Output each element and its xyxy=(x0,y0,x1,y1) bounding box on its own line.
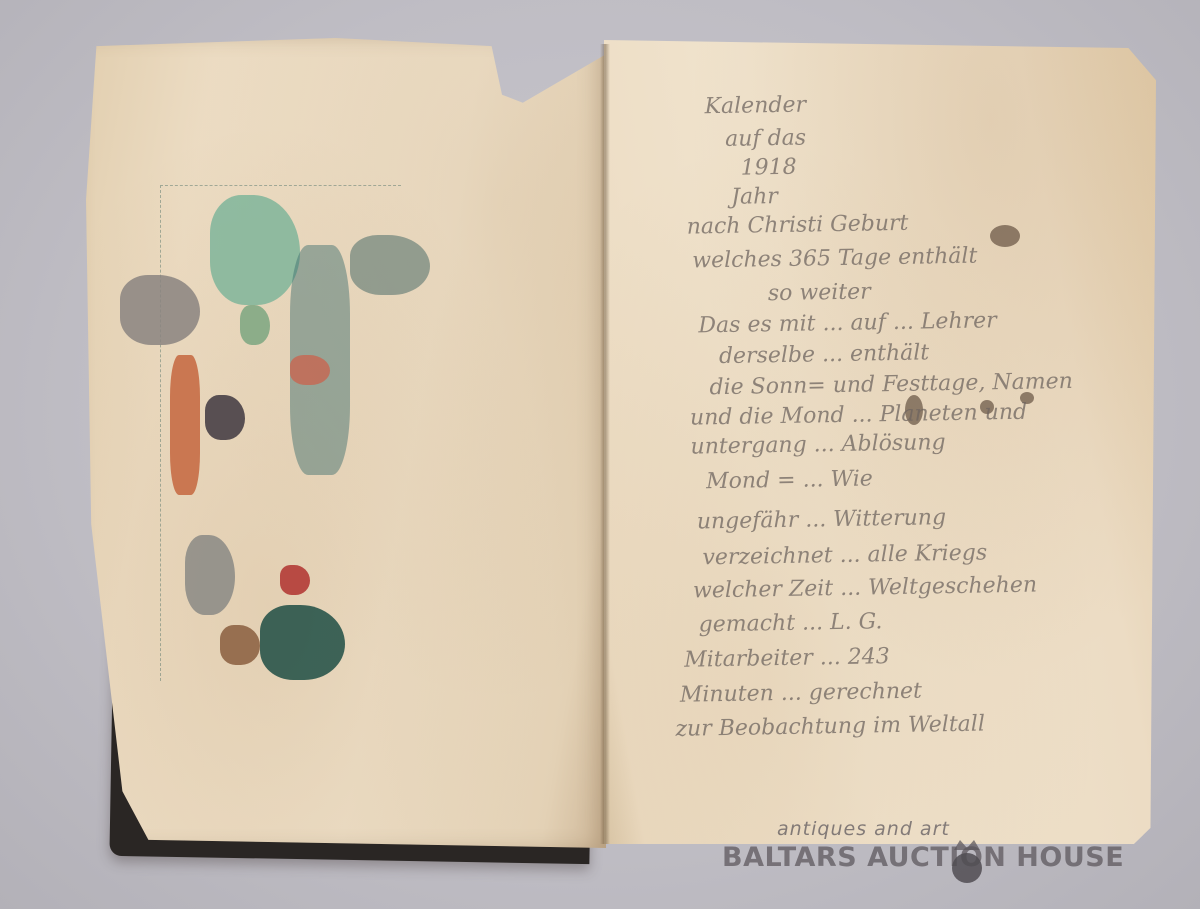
green-patch xyxy=(210,195,300,305)
dark-green-patch xyxy=(260,605,345,680)
blue-flower xyxy=(350,235,430,295)
orange-leaf xyxy=(170,355,200,495)
green-spot xyxy=(240,305,270,345)
watermark-tagline: antiques and art xyxy=(777,818,950,840)
book-gutter xyxy=(600,44,610,844)
crown-circle-icon xyxy=(950,836,984,884)
damaged-color-print xyxy=(160,185,410,695)
dark-patch xyxy=(205,395,245,440)
brown-patch xyxy=(220,625,260,665)
grey-patch xyxy=(120,275,200,345)
grey-lower-patch xyxy=(185,535,235,615)
red-spot xyxy=(280,565,310,595)
watermark-brand: BALTARS AUCTION HOUSE xyxy=(722,842,1124,873)
red-patch xyxy=(290,355,330,385)
photo-scene: Kalender auf das 1918 Jahr nach Christi … xyxy=(0,0,1200,909)
pencil-handwriting: Kalender auf das 1918 Jahr nach Christi … xyxy=(644,81,1145,747)
